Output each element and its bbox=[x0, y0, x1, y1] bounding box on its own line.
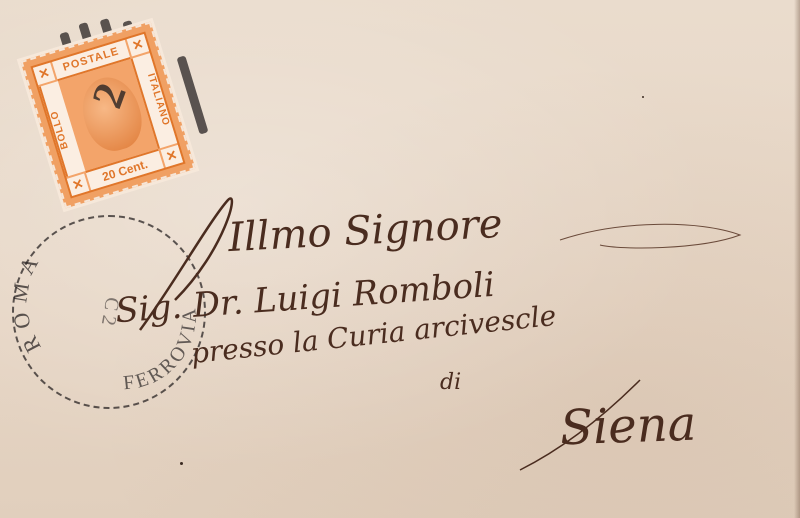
envelope-edge bbox=[794, 0, 800, 518]
paper-speck bbox=[642, 96, 644, 98]
corner-cross-icon: ✕ bbox=[67, 174, 89, 196]
corner-cross-icon: ✕ bbox=[161, 145, 183, 167]
address-city: Siena bbox=[559, 396, 697, 457]
postmark-city: ROMA bbox=[14, 245, 47, 356]
address-salutation: Illmo Signore bbox=[227, 201, 504, 261]
paper-speck bbox=[180, 462, 183, 465]
envelope: POSTALE 20 Cent. BOLLO ITALIANO ✕ ✕ ✕ ✕ … bbox=[0, 0, 800, 518]
address-preposition: di bbox=[440, 370, 461, 395]
svg-text:ROMA: ROMA bbox=[14, 245, 47, 356]
stamp-value: 20 Cent. bbox=[85, 149, 164, 190]
